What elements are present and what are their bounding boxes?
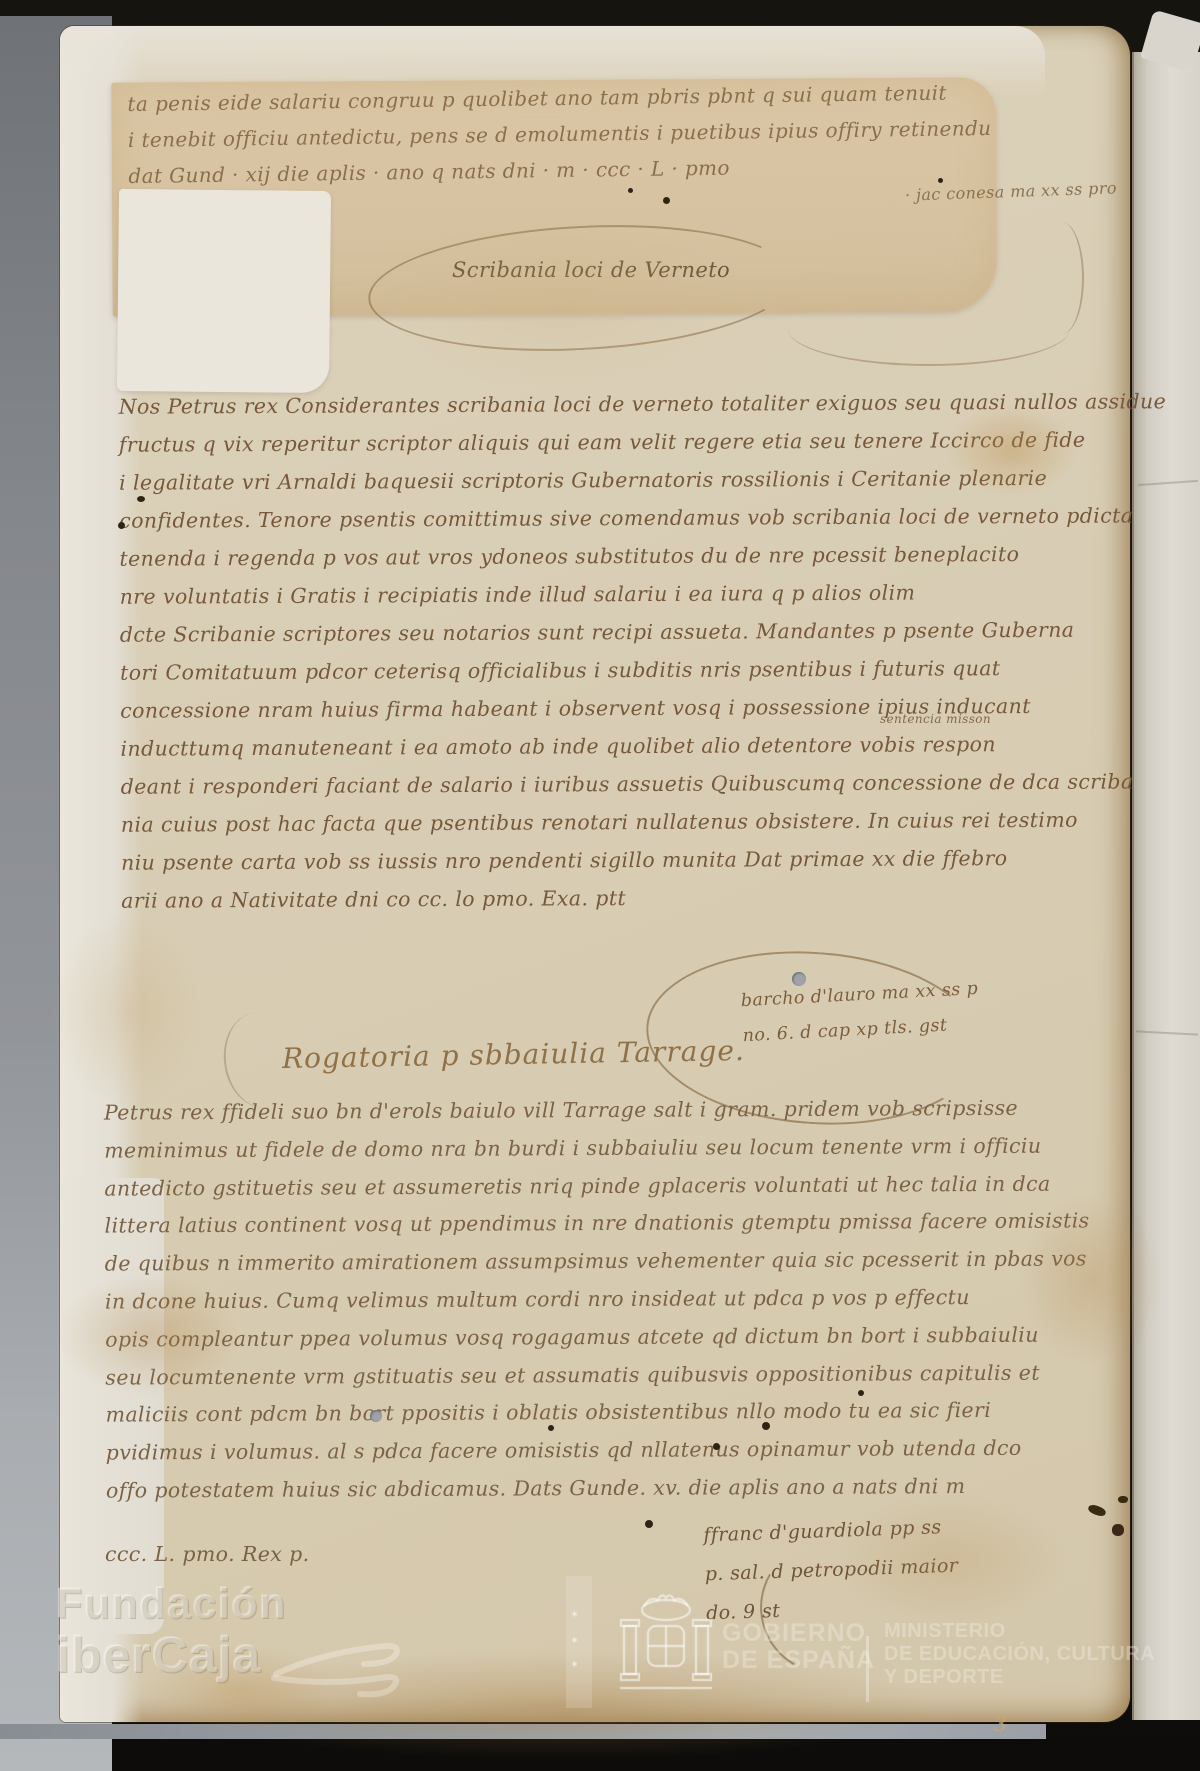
manuscript-scan: ta penis eide salariu congruu p quolibet… [0,0,1200,1771]
eu-star-icon: ✶ [570,1658,579,1671]
watermark-divider [866,1636,869,1702]
margin-note-lauro: barcho d'lauro ma xx ss pno. 6. d cap xp… [740,979,981,1061]
ink-dot [858,1390,864,1396]
folio-crease [1136,1030,1198,1035]
ink-flourish-hook [1040,222,1084,334]
ink-dot [628,188,633,193]
manuscript-line: concessione nram huius firma habeant i o… [120,693,1168,736]
manuscript-line: nia cuius post hac facta que psentibus r… [121,807,1169,850]
punch-hole [370,1410,382,1422]
manuscript-line: offo potestatem huius sic abdicamus. Dat… [106,1473,1091,1516]
ink-dot [938,178,943,183]
ink-dot [118,522,125,529]
ministerio-watermark-text: MINISTERIODE EDUCACIÓN, CULTURAY DEPORTE [884,1620,1155,1689]
eu-star-icon: ✶ [570,1608,579,1621]
manuscript-line: maliciis cont pdcm bn bort ppositis i ob… [106,1398,1091,1441]
manuscript-line: Petrus rex ffideli suo bn d'erols baiulo… [104,1095,1089,1138]
watermark-line: Y DEPORTE [884,1666,1155,1689]
manuscript-line: niu psente carta vob ss iussis nro pende… [121,845,1169,888]
ibercaja-logo-icon [268,1612,408,1702]
manuscript-line: tori Comitatuum pdcor ceterisq officiali… [120,655,1168,698]
gobierno-watermark-text: GOBIERNODE ESPAÑA [722,1620,875,1674]
ink-blob [1118,1496,1128,1503]
ink-dot [645,1520,653,1528]
interlinear-note: sentencia misson [880,712,991,726]
manuscript-line: i legalitate vri Arnaldi baquesii script… [119,465,1167,508]
manuscript-line: de quibus n immerito amirationem assumps… [105,1247,1090,1290]
watermark-line: DE ESPAÑA [722,1647,875,1674]
manuscript-line: meminimus ut fidele de domo nra bn burdi… [104,1133,1089,1176]
manuscript-line: in dcone huius. Cumq velimus multum cord… [105,1284,1090,1327]
ink-dot [663,197,670,204]
manuscript-line: arii ano a Nativitate dni co cc. lo pmo.… [121,883,1169,926]
manuscript-line: pvidimus i volumus. al s pdca facere omi… [106,1436,1091,1479]
manuscript-line: confidentes. Tenore psentis comittimus s… [119,503,1167,546]
ibercaja-watermark-fundacion: Fundación [56,1580,287,1629]
grant-text-block: Nos Petrus rex Considerantes scribania l… [119,389,1169,926]
ink-dot [713,1443,720,1450]
ink-blob [1112,1524,1124,1536]
manuscript-line: seu locumtenente vrm gstituatis seu et a… [105,1360,1090,1403]
manuscript-line: antedicto gstituetis seu et assumeretis … [104,1171,1089,1214]
scribania-title: Scribania loci de Verneto [452,258,730,282]
ink-dot [548,1425,554,1431]
rogatoria-closing-line: ccc. L. pmo. Rex p. [105,1542,310,1566]
repair-patch [117,189,331,393]
punch-hole [792,972,806,986]
ink-dot [762,1422,770,1430]
ink-dot [137,496,145,502]
manuscript-line: deant i responderi faciant de salario i … [121,769,1169,812]
manuscript-line: tenenda i regenda p vos aut vros ydoneos… [119,541,1167,584]
eu-star-icon: ✶ [570,1634,579,1647]
spain-coat-of-arms-icon [618,1592,714,1696]
watermark-line: MINISTERIO [884,1620,1155,1643]
manuscript-line: inducttumq manuteneant i ea amoto ab ind… [120,731,1168,774]
rogatoria-text-block: Petrus rex ffideli suo bn d'erols baiulo… [104,1095,1091,1516]
manuscript-line: nre voluntatis i Gratis i recipiatis ind… [120,579,1168,622]
manuscript-line: Nos Petrus rex Considerantes scribania l… [119,389,1167,432]
manuscript-line: littera latius continent vosq ut ppendim… [105,1209,1090,1252]
watermark-line: DE EDUCACIÓN, CULTURA [884,1643,1155,1666]
manuscript-line: opis compleantur ppea volumus vosq rogag… [105,1322,1090,1365]
top-fragment-text: ta penis eide salariu congruu p quolibet… [127,80,992,200]
watermark-line: GOBIERNO [722,1620,875,1647]
manuscript-line: fructus q vix reperitur scriptor aliquis… [119,427,1167,470]
manuscript-line: dcte Scribanie scriptores seu notarios s… [120,617,1168,660]
ink-flourish-arc [788,292,1070,366]
ibercaja-watermark-name: iberCaja [56,1626,261,1684]
table-edge-strip [0,1724,1046,1739]
folio-number-mark: 3 [994,1712,1007,1736]
